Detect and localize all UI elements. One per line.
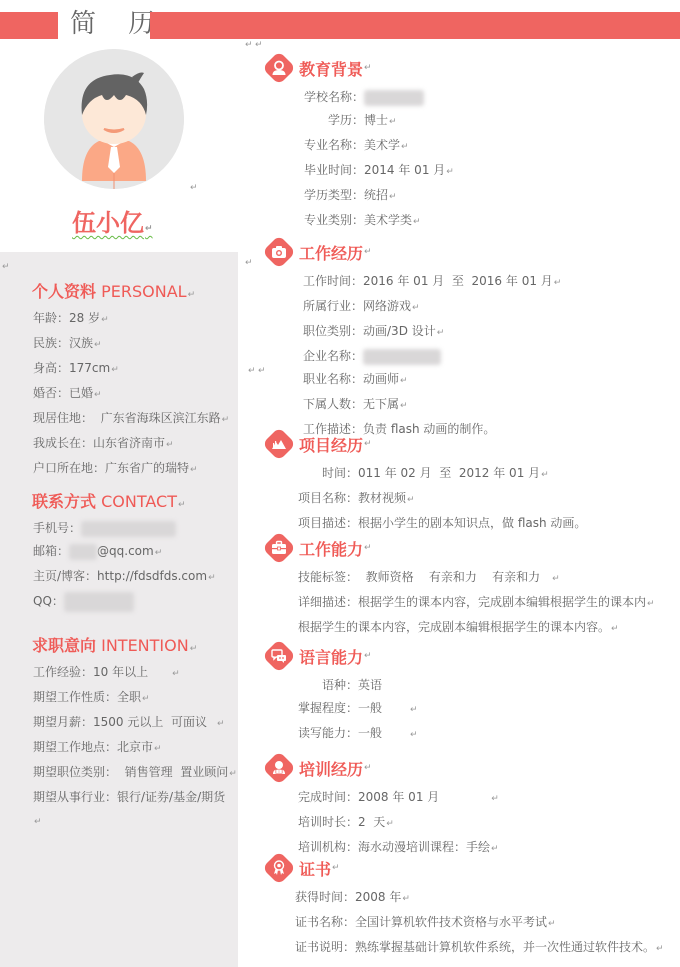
paragraph-mark: ↵ (548, 919, 556, 929)
row-label: 工作经验： (33, 665, 93, 679)
work-row: 所属行业：网络游戏↵ (303, 295, 561, 320)
paragraph-mark: ↵ (34, 817, 42, 827)
certificate-row: 获得时间：2008 年↵ (295, 886, 664, 911)
personal-row: 婚否：已婚↵ (33, 382, 229, 407)
row-value: 熟练掌握基础计算机软件系统，并一次性通过软件技术。 (355, 940, 655, 954)
paragraph-mark: ↵ (437, 328, 445, 338)
row-value: 美术学类 (364, 213, 412, 227)
certificate-header: 证书↵ (262, 850, 664, 886)
paragraph-mark: ↵ (364, 247, 372, 257)
row-value: 动画师 (363, 372, 399, 386)
row-label: 获得时间： (295, 890, 355, 904)
skill-tags: 教师资格 有亲和力 有亲和力 (358, 570, 540, 584)
paragraph-mark: ↵ (94, 390, 102, 400)
paragraph-mark: ↵ (364, 439, 372, 449)
personal-row: 户口所在地：广东省广的瑞特↵ (33, 457, 229, 482)
paragraph-mark: ↵ (145, 224, 153, 234)
paragraph-mark: ↵ (401, 142, 409, 152)
skills-row: 技能标签： 教师资格 有亲和力 有亲和力↵ (298, 566, 655, 591)
personal-row: 身高：177cm↵ (33, 357, 229, 382)
row-label: 读写能力： (298, 726, 358, 740)
paragraph-mark: ↵ (94, 340, 102, 350)
education-title: 教育背景 (299, 57, 363, 80)
paragraph-mark: ↵ (248, 366, 256, 376)
paragraph-mark: ↵ (178, 500, 186, 510)
row-value: 银行/证券/基金/期货 (117, 790, 225, 804)
paragraph-mark: ↵ (412, 303, 420, 313)
project-title: 项目经历 (299, 433, 363, 456)
row-label: 我成长在： (33, 436, 93, 450)
row-value: 汉族 (69, 336, 93, 350)
row-value: 根据学生的课本内容，完成剧本编辑根据学生的课本内容。 (298, 620, 610, 634)
row-value: 销售管理 置业顾问 (117, 765, 228, 779)
paragraph-mark: ↵ (172, 669, 180, 679)
paragraph-mark: ↵ (552, 574, 560, 584)
paragraph-mark: ↵ (190, 465, 198, 475)
work-header: 工作经历↵ (262, 234, 561, 270)
contact-row-homepage[interactable]: 主页/博客：http://fdsdfds.com↵ (33, 565, 216, 590)
row-value: 一般 (358, 726, 382, 740)
paragraph-mark: ↵ (413, 217, 421, 227)
avatar (44, 49, 184, 189)
paragraph-mark: ↵ (364, 63, 372, 73)
row-value: 2008 年 01 月 (358, 790, 439, 804)
paragraph-mark: ↵ (389, 192, 397, 202)
intention-row: 期望工作地点：北京市↵ (33, 736, 237, 761)
row-value: 美术学 (364, 138, 400, 152)
certificate-title: 证书 (299, 857, 331, 880)
chat-icon (262, 639, 296, 673)
intention-row: 期望从事行业：银行/证券/基金/期货 (33, 786, 237, 809)
redacted-qq (64, 592, 134, 612)
contact-section: 联系方式 CONTACT↵ 手机号： 邮箱：@qq.com↵ 主页/博客：htt… (33, 490, 216, 613)
row-value: 已婚 (69, 386, 93, 400)
row-label: 现居住地： (33, 411, 93, 425)
row-label: 期望工作地点： (33, 740, 117, 754)
paragraph-mark: ↵ (188, 290, 196, 300)
personal-row: 现居住地： 广东省海珠区滨江东路↵ (33, 407, 229, 432)
row-label: 详细描述： (298, 595, 358, 609)
row-value: 根据学生的课本内容，完成剧本编辑根据学生的课本内 (358, 595, 646, 609)
avatar-illustration-icon (44, 49, 184, 189)
language-header: 语言能力↵ (262, 638, 418, 674)
paragraph-mark: ↵ (386, 819, 394, 829)
intention-row: 期望职位类别： 销售管理 置业顾问↵ (33, 761, 237, 786)
row-label: 年龄： (33, 311, 69, 325)
row-value: 根据小学生的剧本知识点，做 flash 动画。 (358, 516, 586, 530)
language-section: 语言能力↵ 语种：英语 掌握程度：一般↵ 读写能力：一般↵ (262, 638, 418, 753)
row-label: 证书名称： (295, 915, 355, 929)
paragraph-mark: ↵ (364, 543, 372, 553)
paragraph-mark: ↵ (2, 262, 10, 272)
education-row: 学历：博士↵ (304, 109, 454, 134)
row-value: 10 年以上 (93, 665, 148, 679)
heading-cn: 个人资料 (32, 282, 96, 301)
row-label: 掌握程度： (298, 701, 358, 715)
row-label: 职业名称： (303, 372, 363, 386)
paragraph-mark: ↵ (190, 644, 198, 654)
personal-row: 我成长在：山东省济南市↵ (33, 432, 229, 457)
paragraph-mark: ↵ (245, 258, 253, 268)
language-title: 语言能力 (299, 645, 363, 668)
contact-row-qq: QQ： (33, 590, 216, 613)
personal-row: 年龄：28 岁↵ (33, 307, 229, 332)
paragraph-mark: ↵ (402, 894, 410, 904)
row-label: 培训时长： (298, 815, 358, 829)
training-row: 完成时间：2008 年 01 月↵ (298, 786, 499, 811)
row-value: 2014 年 01 月 (364, 163, 445, 177)
homepage-link[interactable]: http://fdsdfds.com (97, 569, 207, 583)
paragraph-mark: ↵ (541, 470, 549, 480)
row-label: 技能标签： (298, 570, 358, 584)
row-value: 山东省济南市 (93, 436, 165, 450)
paragraph-mark: ↵ (389, 117, 397, 127)
row-label: 邮箱： (33, 544, 69, 558)
paragraph-mark: ↵ (611, 624, 619, 634)
heading-en: INTENTION (101, 636, 189, 655)
project-section: 项目经历↵ 时间：011 年 02 月 至 2012 年 01 月↵ 项目名称：… (262, 426, 586, 535)
paragraph-mark: ↵ (217, 719, 225, 729)
person-icon (262, 51, 296, 85)
language-row: 掌握程度：一般↵ (298, 697, 418, 722)
redacted-email-user (69, 544, 97, 560)
paragraph-mark: ↵ (155, 548, 163, 558)
row-label: 工作时间： (303, 274, 363, 288)
paragraph-mark: ↵ (554, 278, 562, 288)
work-row: 职业名称：动画师↵ (303, 368, 561, 393)
education-section: 教育背景↵ 学校名称： 学历：博士↵ 专业名称：美术学↵ 毕业时间：2014 年… (262, 50, 454, 234)
reader-icon (262, 751, 296, 785)
row-value: 2016 年 01 月 至 2016 年 01 月 (363, 274, 553, 288)
work-title: 工作经历 (299, 241, 363, 264)
empty-paragraph: ↵ (33, 809, 237, 834)
row-value: 2 天 (358, 815, 385, 829)
header-bar-left (0, 12, 58, 39)
redacted-company (363, 349, 441, 365)
skills-row: 详细描述：根据学生的课本内容，完成剧本编辑根据学生的课本内↵ (298, 591, 655, 616)
contact-heading: 联系方式 CONTACT↵ (32, 490, 216, 517)
award-icon (262, 851, 296, 885)
row-label: 手机号： (33, 521, 81, 535)
education-row: 专业类别：美术学类↵ (304, 209, 454, 234)
row-value: 动画/3D 设计 (363, 324, 436, 338)
row-value: 2008 年 (355, 890, 401, 904)
row-value: 网络游戏 (363, 299, 411, 313)
heading-en: CONTACT (101, 492, 177, 511)
row-label: 身高： (33, 361, 69, 375)
candidate-name: 伍小亿↵ (72, 206, 153, 246)
row-value: 广东省广的瑞特 (105, 461, 189, 475)
row-label: 期望工作性质： (33, 690, 117, 704)
paragraph-mark: ↵ (364, 763, 372, 773)
education-row: 学历类型：统招↵ (304, 184, 454, 209)
intention-row: 期望工作性质：全职↵ (33, 686, 237, 711)
language-row: 语种：英语 (298, 674, 418, 697)
row-value: 1500 元以上 可面议 (93, 715, 207, 729)
row-label: 企业名称： (303, 349, 363, 363)
row-label: 专业类别： (304, 213, 364, 227)
paragraph-mark: ↵ (364, 651, 372, 661)
paragraph-mark: ↵ (255, 40, 263, 50)
row-label: 所属行业： (303, 299, 363, 313)
candidate-name-text: 伍小亿 (72, 209, 144, 237)
personal-heading: 个人资料 PERSONAL↵ (32, 280, 229, 307)
row-value: @qq.com (97, 544, 154, 558)
heading-cn: 求职意向 (32, 636, 96, 655)
row-label: 学校名称： (304, 90, 364, 104)
personal-section: 个人资料 PERSONAL↵ 年龄：28 岁↵ 民族：汉族↵ 身高：177cm↵… (33, 280, 229, 482)
row-value: 北京市 (117, 740, 153, 754)
project-header: 项目经历↵ (262, 426, 586, 462)
work-row: 工作时间：2016 年 01 月 至 2016 年 01 月↵ (303, 270, 561, 295)
paragraph-mark: ↵ (190, 183, 198, 193)
row-label: 证书说明： (295, 940, 355, 954)
row-value: 广东省海珠区滨江东路 (93, 411, 221, 425)
row-value: 011 年 02 月 至 2012 年 01 月 (358, 466, 540, 480)
row-value: 统招 (364, 188, 388, 202)
row-label: 项目名称： (298, 491, 358, 505)
paragraph-mark: ↵ (407, 495, 415, 505)
row-label: 主页/博客： (33, 569, 97, 583)
row-label: 婚否： (33, 386, 69, 400)
row-label: 专业名称： (304, 138, 364, 152)
mountain-icon (262, 427, 296, 461)
work-row: 职位类别：动画/3D 设计↵ (303, 320, 561, 345)
paragraph-mark: ↵ (446, 167, 454, 177)
paragraph-mark: ↵ (222, 415, 230, 425)
row-label: 期望从事行业： (33, 790, 117, 804)
language-row: 读写能力：一般↵ (298, 722, 418, 747)
redacted-school (364, 90, 424, 106)
paragraph-mark: ↵ (400, 376, 408, 386)
training-section: 培训经历↵ 完成时间：2008 年 01 月↵ 培训时长：2 天↵ 培训机构：海… (262, 750, 499, 861)
paragraph-mark: ↵ (229, 769, 237, 779)
redacted-phone (81, 521, 176, 537)
project-row: 项目名称：教材视频↵ (298, 487, 586, 512)
personal-row: 民族：汉族↵ (33, 332, 229, 357)
skills-title: 工作能力 (299, 537, 363, 560)
paragraph-mark: ↵ (656, 944, 664, 954)
row-label: 学历： (328, 113, 364, 127)
education-row: 学校名称： (304, 86, 454, 109)
row-value: 无下属 (363, 397, 399, 411)
training-row: 培训时长：2 天↵ (298, 811, 499, 836)
education-header: 教育背景↵ (262, 50, 454, 86)
row-label: 职位类别： (303, 324, 363, 338)
heading-cn: 联系方式 (32, 492, 96, 511)
row-label: 期望职位类别： (33, 765, 117, 779)
row-value: 英语 (358, 678, 382, 692)
row-label: 语种： (322, 678, 358, 692)
education-row: 专业名称：美术学↵ (304, 134, 454, 159)
paragraph-mark: ↵ (400, 401, 408, 411)
training-header: 培训经历↵ (262, 750, 499, 786)
work-section: 工作经历↵ 工作时间：2016 年 01 月 至 2016 年 01 月↵ 所属… (262, 234, 561, 441)
intention-section: 求职意向 INTENTION↵ 工作经验：10 年以上↵ 期望工作性质：全职↵ … (33, 634, 237, 834)
work-row: 企业名称： (303, 345, 561, 368)
paragraph-mark: ↵ (647, 599, 655, 609)
row-value: 177cm (69, 361, 110, 375)
skills-section: 工作能力↵ 技能标签： 教师资格 有亲和力 有亲和力↵ 详细描述：根据学生的课本… (262, 530, 655, 641)
row-label: 户口所在地： (33, 461, 105, 475)
paragraph-mark: ↵ (491, 794, 499, 804)
paragraph-mark: ↵ (154, 744, 162, 754)
row-value: 全国计算机软件技术资格与水平考试 (355, 915, 547, 929)
row-value: 全职 (117, 690, 141, 704)
briefcase-icon (262, 531, 296, 565)
paragraph-mark: ↵ (410, 730, 418, 740)
row-value: 28 岁 (69, 311, 100, 325)
intention-heading: 求职意向 INTENTION↵ (32, 634, 237, 661)
row-label: 学历类型： (304, 188, 364, 202)
paragraph-mark: ↵ (245, 40, 253, 50)
contact-row-email: 邮箱：@qq.com↵ (33, 540, 216, 565)
project-row: 时间：011 年 02 月 至 2012 年 01 月↵ (298, 462, 586, 487)
row-value: 教材视频 (358, 491, 406, 505)
header-bar-right (150, 12, 680, 39)
row-label: 期望月薪： (33, 715, 93, 729)
row-label: 下属人数： (303, 397, 363, 411)
skills-header: 工作能力↵ (262, 530, 655, 566)
row-value: 一般 (358, 701, 382, 715)
paragraph-mark: ↵ (208, 573, 216, 583)
education-row: 毕业时间：2014 年 01 月↵ (304, 159, 454, 184)
row-label: 时间： (322, 466, 358, 480)
paragraph-mark: ↵ (410, 705, 418, 715)
contact-row-phone: 手机号： (33, 517, 216, 540)
intention-row: 期望月薪：1500 元以上 可面议↵ (33, 711, 237, 736)
paragraph-mark: ↵ (142, 694, 150, 704)
row-label: 完成时间： (298, 790, 358, 804)
camera-icon (262, 235, 296, 269)
work-row: 下属人数：无下属↵ (303, 393, 561, 418)
heading-en: PERSONAL (101, 282, 186, 301)
intention-row: 工作经验：10 年以上↵ (33, 661, 237, 686)
row-label: 毕业时间： (304, 163, 364, 177)
paragraph-mark: ↵ (101, 315, 109, 325)
training-title: 培训经历 (299, 757, 363, 780)
row-value: 博士 (364, 113, 388, 127)
certificate-row: 证书名称：全国计算机软件技术资格与水平考试↵ (295, 911, 664, 936)
row-label: 项目描述： (298, 516, 358, 530)
paragraph-mark: ↵ (332, 863, 340, 873)
paragraph-mark: ↵ (111, 365, 119, 375)
certificate-section: 证书↵ 获得时间：2008 年↵ 证书名称：全国计算机软件技术资格与水平考试↵ … (262, 850, 664, 961)
paragraph-mark: ↵ (166, 440, 174, 450)
row-label: 民族： (33, 336, 69, 350)
certificate-row: 证书说明：熟练掌握基础计算机软件系统，并一次性通过软件技术。↵ (295, 936, 664, 961)
row-label: QQ： (33, 594, 64, 608)
